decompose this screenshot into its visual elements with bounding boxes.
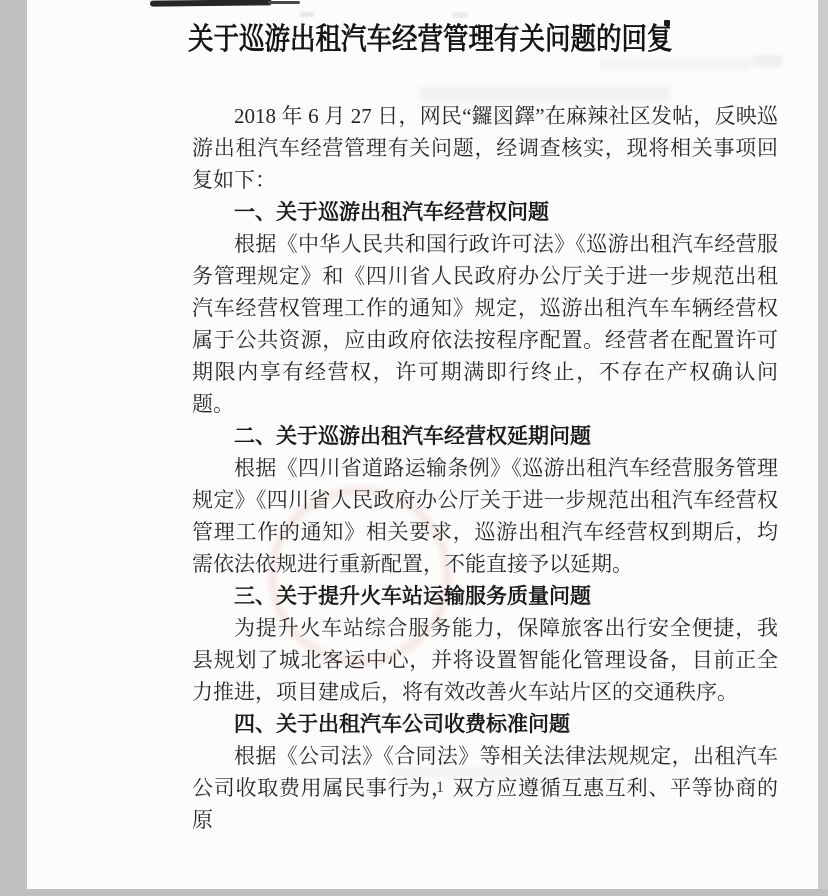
scan-artifact-streak	[268, 1, 300, 4]
section-1-body: 根据《中华人民共和国行政许可法》《巡游出租汽车经营服务管理规定》和《四川省人民政…	[192, 228, 778, 420]
scan-edge-bottom	[0, 889, 828, 896]
section-4-heading: 四、关于出租汽车公司收费标准问题	[192, 708, 778, 740]
section-2-heading: 二、关于巡游出租汽车经营权延期问题	[192, 420, 778, 452]
document-body: 2018 年 6 月 27 日，网民“鑼図鐸”在麻辣社区发帖，反映巡游出租汽车经…	[192, 100, 778, 836]
scan-speck	[752, 55, 782, 67]
scan-edge-left	[0, 0, 27, 896]
page-number: — 1 —	[192, 779, 692, 797]
scan-speck	[300, 12, 314, 17]
footnote-dot	[664, 20, 670, 26]
scanned-document: 关于巡游出租汽车经营管理有关问题的回复 2018 年 6 月 27 日，网民“鑼…	[0, 0, 828, 896]
scan-artifact-streak	[150, 0, 272, 7]
bleedthrough-ghost	[600, 58, 750, 70]
section-1-heading: 一、关于巡游出租汽车经营权问题	[192, 196, 778, 228]
document-title: 关于巡游出租汽车经营管理有关问题的回复	[188, 23, 681, 57]
section-2-body: 根据《四川省道路运输条例》《巡游出租汽车经营服务管理规定》《四川省人民政府办公厅…	[192, 452, 778, 580]
section-3-heading: 三、关于提升火车站运输服务质量问题	[192, 580, 778, 612]
intro-paragraph: 2018 年 6 月 27 日，网民“鑼図鐸”在麻辣社区发帖，反映巡游出租汽车经…	[192, 100, 778, 196]
scan-edge-right	[818, 0, 828, 896]
scan-speck	[452, 12, 468, 18]
section-3-body: 为提升火车站综合服务能力，保障旅客出行安全便捷，我县规划了城北客运中心，并将设置…	[192, 612, 778, 708]
